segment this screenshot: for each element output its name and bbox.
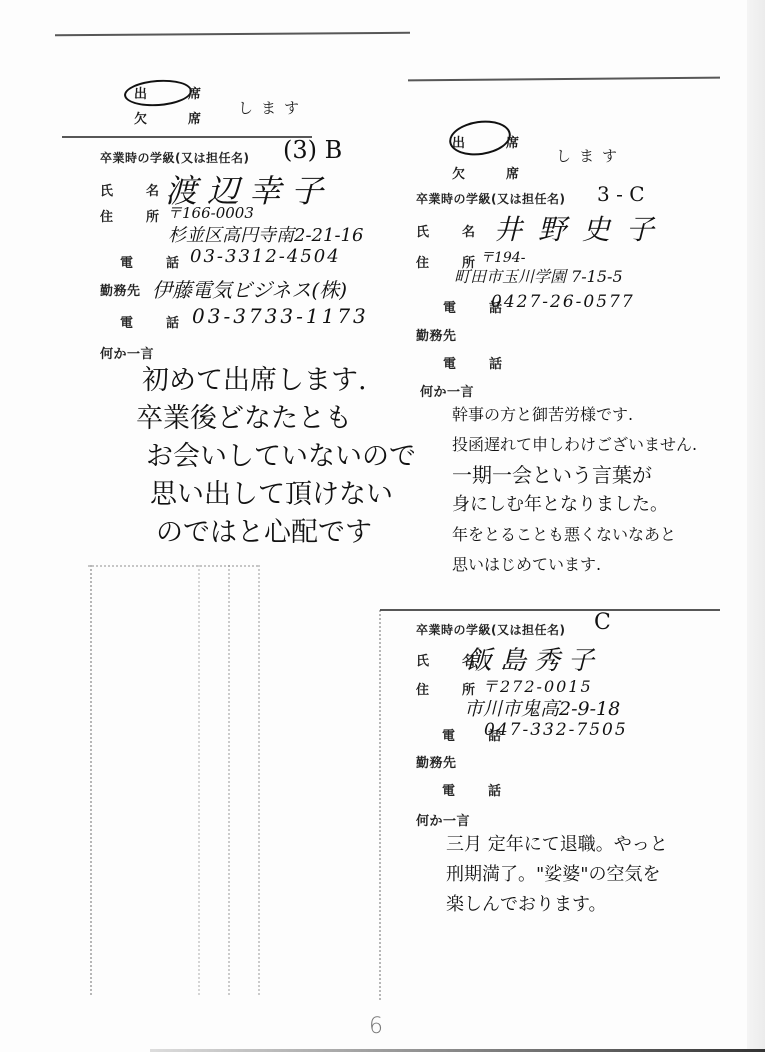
name-label: 氏 名 — [100, 180, 169, 199]
card-3-top-rule — [380, 609, 720, 611]
faint-dotted-line — [90, 565, 92, 995]
absent-option: 欠 席 — [134, 108, 215, 127]
card-2-top-rule — [408, 77, 720, 82]
comment-line: 投函遅れて申しわけございません. — [452, 430, 697, 460]
comment-line: 楽しんでおります。 — [446, 890, 668, 920]
faint-dotted-top — [88, 565, 258, 567]
comment-label: 何か一言 — [420, 381, 474, 400]
comment-line: 思い出して頂けない — [150, 476, 416, 514]
comment-line: 刑期満了。"娑婆"の空気を — [446, 860, 668, 890]
class-label: 卒業時の学級(又は担任名) — [100, 149, 249, 166]
comment-line: 初めて出席します. — [142, 362, 416, 400]
work-phone-label: 電 話 — [443, 353, 512, 372]
absent-option: 欠 席 — [452, 163, 533, 182]
comment-text: 三月 定年にて退職。やっと 刑期満了。"娑婆"の空気を 楽しんでおります。 — [446, 830, 668, 920]
comment-line: 幹事の方と御苦労様です. — [452, 400, 697, 430]
workplace-value: 伊藤電気ビジネス(株) — [152, 274, 347, 303]
class-value: (3) B — [283, 136, 342, 164]
attend-option: 出 席 — [134, 83, 215, 102]
workplace-label: 勤務先 — [416, 325, 457, 344]
phone-label: 電 話 — [120, 252, 189, 271]
address-value: 杉並区高円寺南2-21-16 — [168, 221, 363, 247]
name-value: 井野史子 — [494, 208, 670, 248]
class-value: C — [594, 610, 611, 635]
shimasu-label: します — [556, 145, 625, 166]
comment-line: 思いはじめています. — [452, 550, 697, 580]
attend-option: 出 席 — [452, 132, 533, 151]
name-label: 氏 名 — [416, 221, 485, 240]
postal-value: 〒166-0003 — [167, 202, 254, 223]
phone-value: 03-3312-4504 — [190, 246, 341, 267]
comment-text: 幹事の方と御苦労様です. 投函遅れて申しわけございません. 一期一会という言葉が… — [452, 400, 697, 580]
address-label: 住 所 — [100, 206, 169, 225]
shimasu-label: します — [238, 97, 307, 118]
comment-line: 一期一会という言葉が — [452, 460, 697, 490]
comment-line: お会いしていないので — [146, 438, 416, 476]
class-value: 3 - C — [597, 182, 645, 206]
page-number: 6 — [369, 1014, 383, 1039]
card-1-mid-rule — [62, 136, 312, 138]
card-1-top-rule — [55, 32, 410, 36]
work-phone-label: 電 話 — [442, 780, 511, 799]
faint-dotted-line — [379, 610, 381, 1000]
address-value: 市川市鬼高2-9-18 — [464, 694, 620, 721]
comment-line: 年をとることも悪くないなあと — [452, 520, 697, 550]
faint-dotted-line — [198, 565, 200, 995]
comment-label: 何か一言 — [100, 343, 154, 362]
class-label: 卒業時の学級(又は担任名) — [416, 190, 565, 207]
comment-line: 卒業後どなたとも — [136, 400, 416, 438]
faint-dotted-line — [258, 565, 260, 995]
comment-text: 初めて出席します. 卒業後どなたとも お会いしていないので 思い出して頂けない … — [142, 362, 416, 552]
comment-line: 身にしむ年となりました。 — [452, 490, 697, 520]
comment-line: 三月 定年にて退職。やっと — [446, 830, 668, 860]
phone-value: 0427-26-0577 — [491, 292, 635, 312]
workplace-label: 勤務先 — [416, 752, 457, 771]
address-value: 町田市玉川学園 7-15-5 — [454, 264, 623, 287]
scan-edge — [747, 0, 765, 1052]
class-label: 卒業時の学級(又は担任名) — [416, 621, 565, 638]
name-value: 飯島秀子 — [466, 640, 602, 677]
comment-line: のではと心配です — [156, 514, 416, 552]
workplace-label: 勤務先 — [100, 280, 141, 299]
work-phone-value: 03-3733-1173 — [192, 304, 369, 328]
work-phone-label: 電 話 — [120, 312, 189, 331]
comment-label: 何か一言 — [416, 810, 470, 829]
phone-value: 047-332-7505 — [484, 720, 628, 740]
faint-dotted-line — [228, 565, 230, 995]
